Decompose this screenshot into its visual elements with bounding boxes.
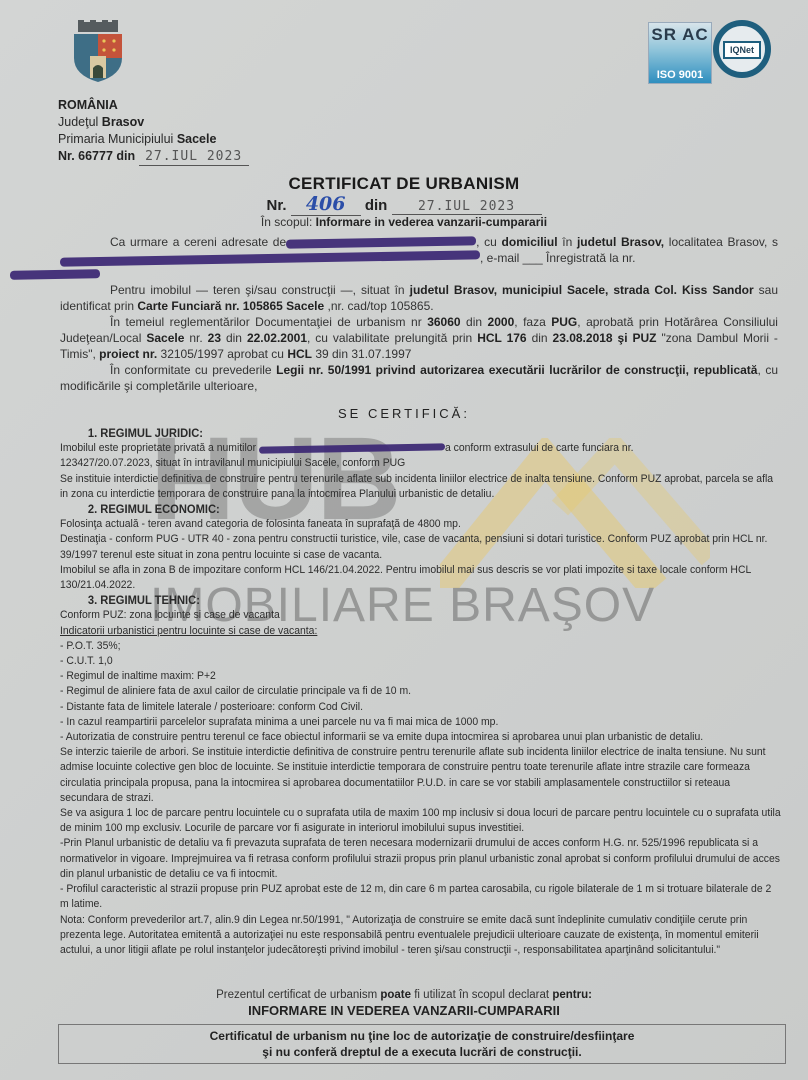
- text: HCL: [287, 347, 312, 361]
- text: judetul Brasov,: [577, 235, 664, 249]
- juridic-location: 123427/20.07.2023, situat în intravilanu…: [60, 456, 781, 471]
- text: 36060: [427, 315, 460, 329]
- sections-body: 1. REGIMUL JURIDIC: Imobilul este propri…: [60, 426, 781, 958]
- text: Brasov, s: [728, 235, 778, 249]
- certificate-date: 27.IUL 2023: [392, 199, 542, 215]
- text: HCL 176: [477, 331, 526, 345]
- iqnet-logo: IQNet: [713, 20, 771, 78]
- text: , faza: [514, 315, 546, 329]
- text: Legii nr. 50/1991 privind autorizarea ex…: [276, 363, 757, 377]
- juridic-owner: Imobilul este proprietate privată a numi…: [60, 441, 781, 456]
- srac-letters: SR AC: [649, 27, 711, 43]
- tehnic-item: - C.U.T. 1,0: [60, 654, 781, 669]
- certificate-number-line: Nr. 406 din 27.IUL 2023: [0, 193, 808, 216]
- tehnic-item: - Regimul de inaltime maxim: P+2: [60, 669, 781, 684]
- text: Prezentul certificat de urbanism: [216, 989, 377, 1001]
- text: domiciliul: [502, 235, 558, 249]
- redacted-owners: [259, 443, 445, 453]
- text: Imobilul este proprietate privată a numi…: [60, 442, 256, 454]
- county: Brasov: [102, 115, 144, 129]
- text: , e-mail ___ Înregistrată la nr.: [480, 251, 635, 265]
- scope-value: Informare in vederea vanzarii-cumpararii: [316, 215, 547, 229]
- text: în: [562, 235, 572, 249]
- text: nr.: [189, 331, 202, 345]
- legal-note: Nota: Conform prevederilor art.7, alin.9…: [60, 913, 781, 959]
- tehnic-zone: Conform PUZ: zona locuinte si case de va…: [60, 608, 781, 623]
- srac-iso-logo: SR AC ISO 9001: [648, 22, 712, 84]
- text: localitatea: [669, 235, 723, 249]
- juridic-restrictions: Se instituie interdictie definitiva de c…: [60, 472, 781, 502]
- text: , cu: [476, 235, 497, 249]
- tehnic-item: - Distante fata de limitele laterale / p…: [60, 700, 781, 715]
- redacted-name: [286, 237, 476, 249]
- section-tehnic-title: 3. REGIMUL TEHNIC:: [60, 593, 781, 608]
- text: ,nr. cad/top 105865.: [328, 299, 434, 313]
- text: proiect nr.: [99, 347, 157, 361]
- text: 2000: [488, 315, 515, 329]
- text: 22.02.2001: [247, 331, 307, 345]
- section-economic-title: 2. REGIMUL ECONOMIC:: [60, 502, 781, 517]
- certifies-heading: SE CERTIFICĂ:: [0, 406, 808, 421]
- institution: Sacele: [177, 132, 217, 146]
- text: fi utilizat în scopul declarat: [414, 989, 549, 1001]
- registration-date: 27.IUL 2023: [139, 148, 249, 166]
- din-label: din: [365, 197, 388, 214]
- text: pentru:: [552, 989, 592, 1001]
- country: ROMÂNIA: [58, 97, 249, 114]
- text: În conformitate cu prevederile: [110, 363, 272, 377]
- disclaimer-line-2: şi nu conferă dreptul de a executa lucră…: [59, 1044, 785, 1060]
- law-paragraph: În conformitate cu prevederile Legii nr.…: [60, 362, 778, 394]
- tehnic-item: - Autorizatia de construire pentru teren…: [60, 730, 781, 745]
- tehnic-item: - P.O.T. 35%;: [60, 639, 781, 654]
- declared-purpose: INFORMARE IN VEDEREA VANZARII-CUMPARARII: [0, 1003, 808, 1018]
- text: 32105/1997 aprobat cu: [161, 347, 284, 361]
- text: Pentru imobilul — teren şi/sau construcţ…: [110, 283, 405, 297]
- usage-statement: Prezentul certificat de urbanism poate f…: [0, 989, 808, 1001]
- text: din: [466, 315, 482, 329]
- text: judetul Brasov, municipiul Sacele, strad…: [410, 283, 754, 297]
- certificate-number: 406: [291, 193, 361, 216]
- text: PUG: [551, 315, 577, 329]
- text: 23: [208, 331, 221, 345]
- section-juridic-title: 1. REGIMUL JURIDIC:: [60, 426, 781, 441]
- legal-basis-paragraph: În temeiul reglementărilor Documentaţiei…: [60, 314, 778, 362]
- tehnic-item: - Regimul de aliniere fata de axul cailo…: [60, 684, 781, 699]
- text: 23.08.2018 şi PUZ: [553, 331, 657, 345]
- redacted-number: [10, 270, 100, 281]
- scope-label: În scopul:: [261, 215, 312, 229]
- disclaimer-box: Certificatul de urbanism nu ţine loc de …: [58, 1024, 786, 1064]
- text: din: [226, 331, 242, 345]
- tehnic-item: - In cazul reampartirii parcelelor supra…: [60, 715, 781, 730]
- tehnic-parking: Se va asigura 1 loc de parcare pentru lo…: [60, 806, 781, 836]
- tehnic-restrictions: Se interzic taierile de arbori. Se insti…: [60, 745, 781, 806]
- request-paragraph: Ca urmare a cereni adresate de, cu domic…: [60, 234, 778, 282]
- scope-line: În scopul: Informare in vederea vanzarii…: [0, 215, 808, 229]
- economic-taxes: Imobilul se afla in zona B de impozitare…: [60, 563, 781, 593]
- economic-current-use: Folosinţa actuală - teren avand categori…: [60, 517, 781, 532]
- iqnet-label: IQNet: [723, 41, 761, 59]
- text: Carte Funciară nr. 105865 Sacele: [137, 299, 324, 313]
- tehnic-indicators-heading: Indicatorii urbanistici pentru locuinte …: [60, 624, 781, 639]
- coat-of-arms-icon: [72, 20, 124, 82]
- text: Sacele: [146, 331, 184, 345]
- institution-label: Primaria Municipiului: [58, 132, 173, 146]
- text: , cu valabilitate prelungită prin: [307, 331, 472, 345]
- tehnic-street-profile: - Profilul caracteristic al strazii prop…: [60, 882, 781, 912]
- iso-label: ISO 9001: [649, 69, 711, 81]
- document-title: CERTIFICAT DE URBANISM: [0, 174, 808, 194]
- text: din: [532, 331, 548, 345]
- tehnic-access-road: -Prin Planul urbanistic de detaliu va fi…: [60, 836, 781, 882]
- text: a conform extrasului de carte funciara n…: [445, 442, 634, 454]
- disclaimer-line-1: Certificatul de urbanism nu ţine loc de …: [59, 1028, 785, 1044]
- text: În temeiul reglementărilor Documentaţiei…: [110, 315, 422, 329]
- redacted-address: [60, 251, 480, 267]
- registration-number: Nr. 66777 din: [58, 149, 135, 163]
- economic-destination: Destinaţia - conform PUG - UTR 40 - zona…: [60, 532, 781, 562]
- county-label: Judeţul: [58, 115, 98, 129]
- issuer-header: ROMÂNIA Judeţul Brasov Primaria Municipi…: [58, 97, 249, 166]
- text: Ca urmare a cereni adresate de: [110, 235, 286, 249]
- nr-label: Nr.: [266, 197, 286, 214]
- property-paragraph: Pentru imobilul — teren şi/sau construcţ…: [60, 282, 778, 314]
- text: 39 din 31.07.1997: [315, 347, 411, 361]
- text: poate: [380, 989, 411, 1001]
